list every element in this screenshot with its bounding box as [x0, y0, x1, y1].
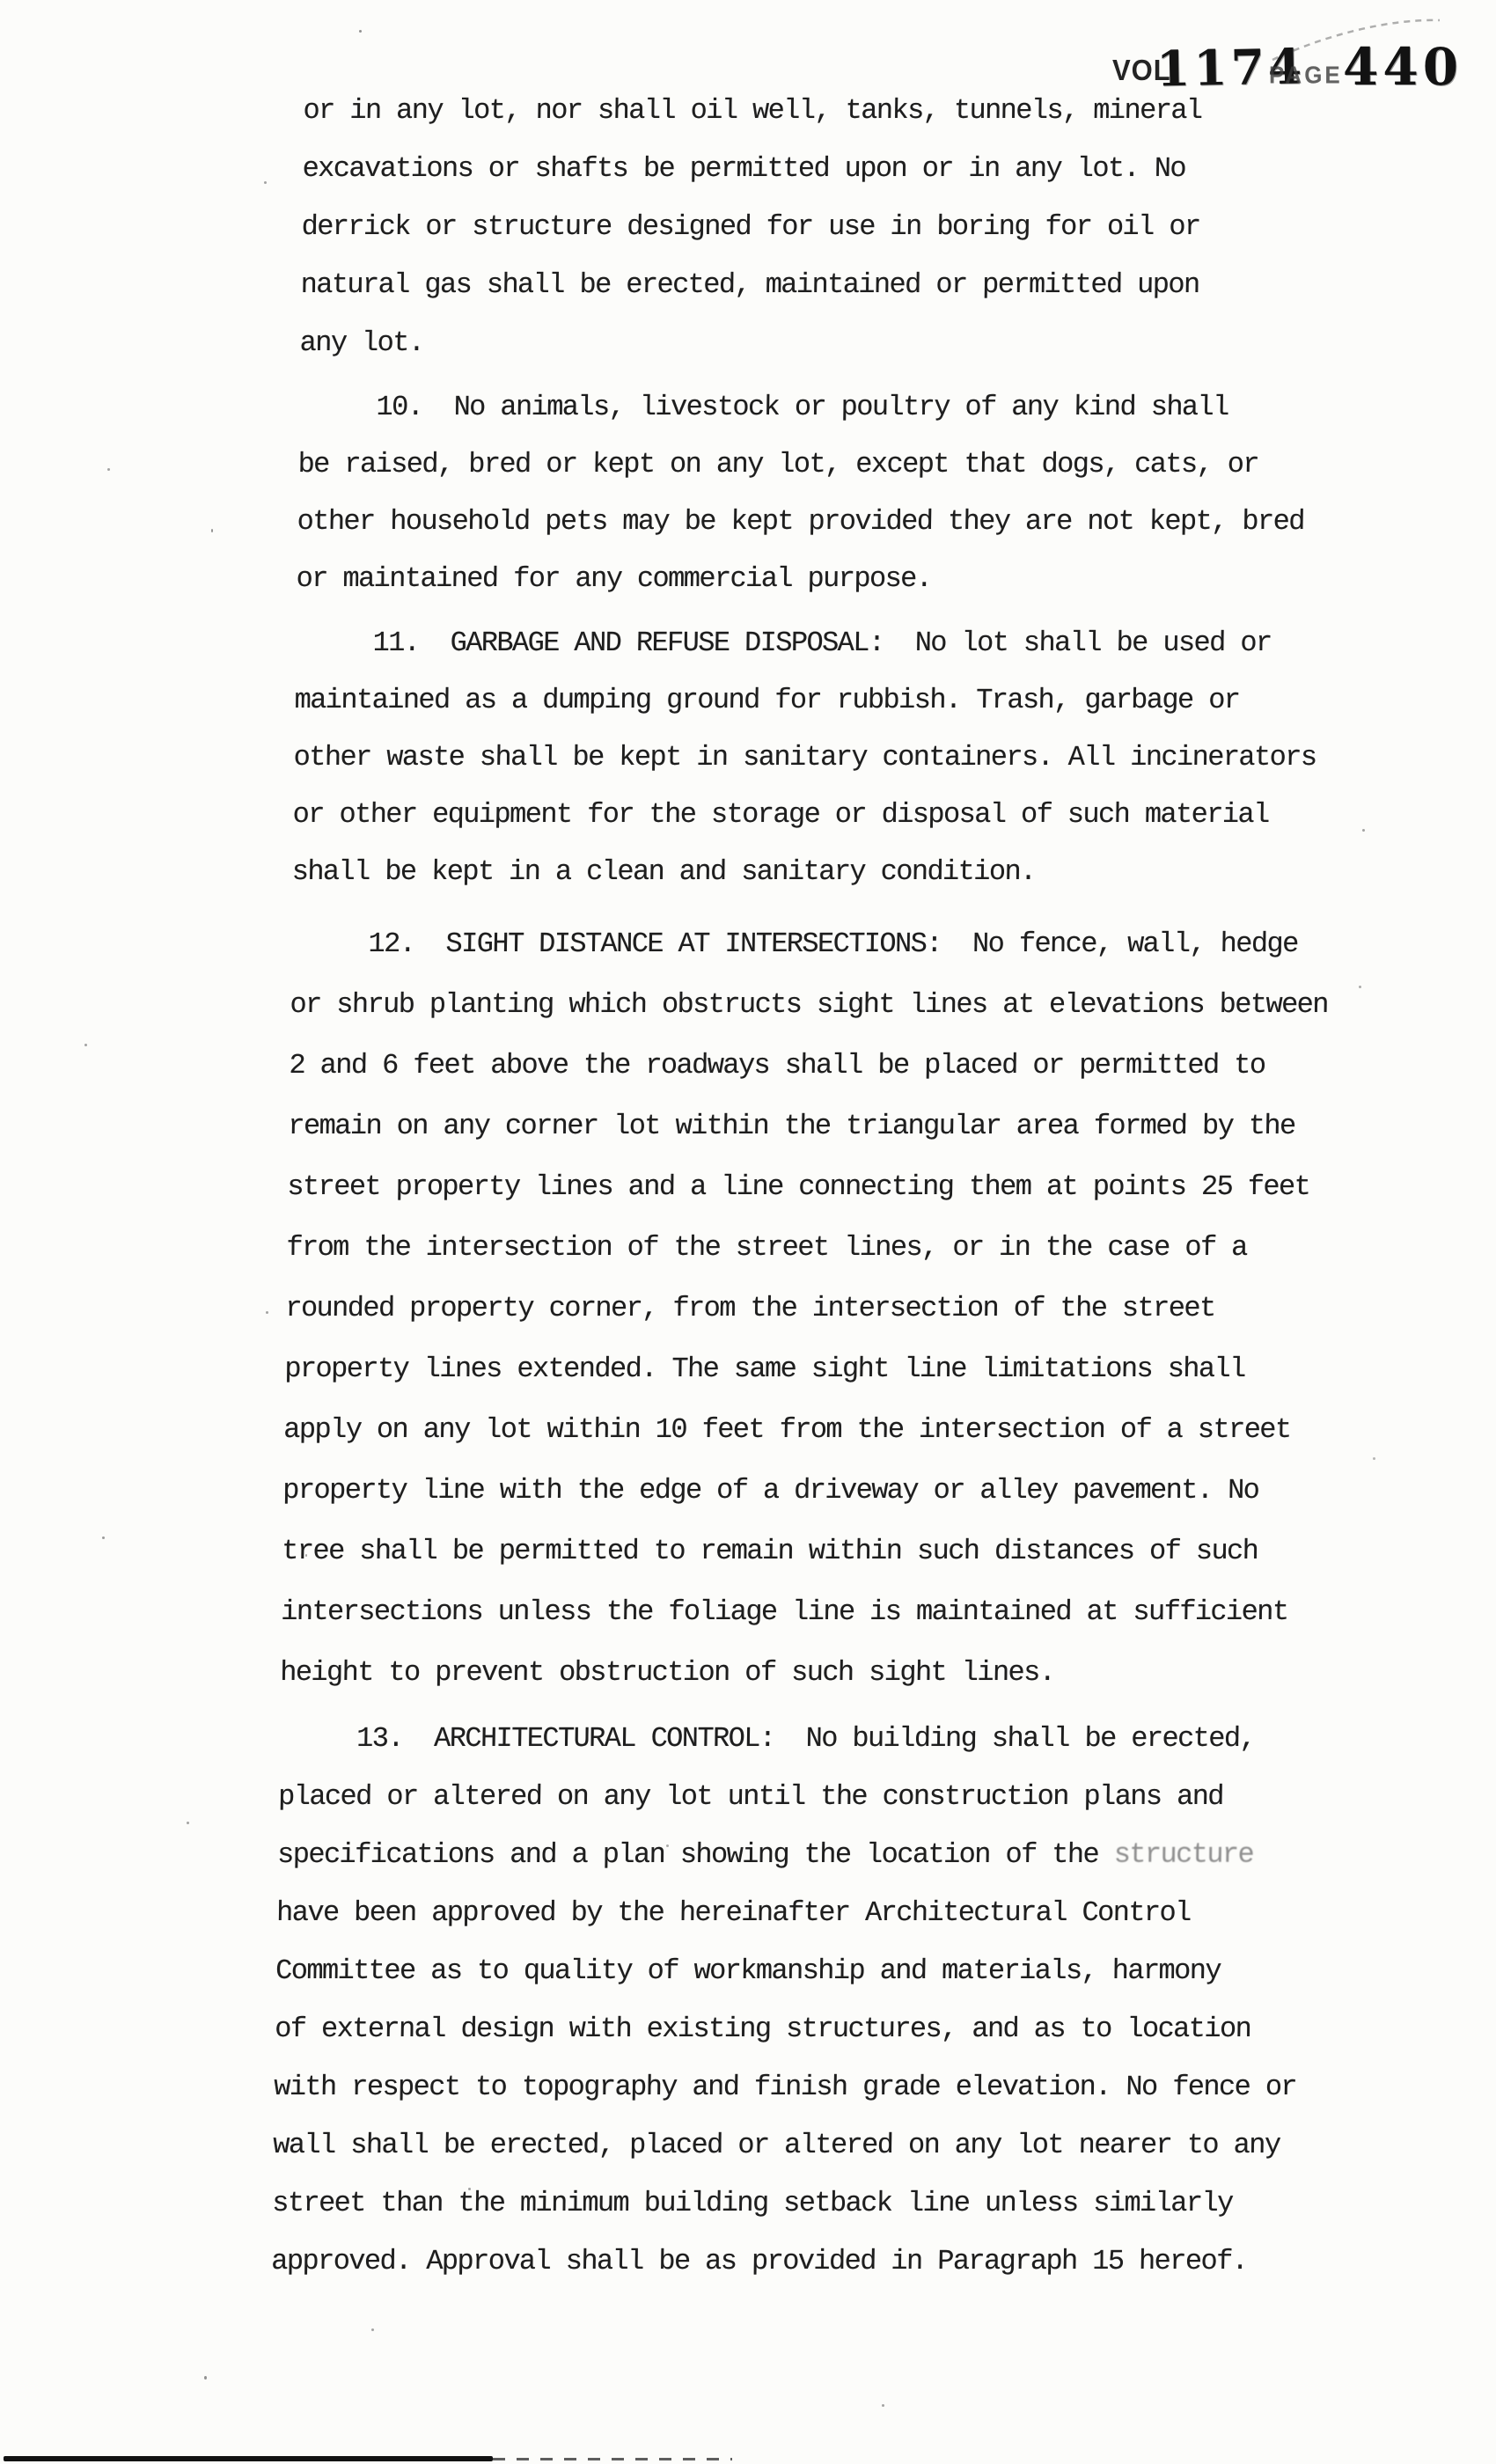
text-line: other household pets may be kept provide… — [297, 493, 1389, 550]
text-line: 11. GARBAGE AND REFUSE DISPOSAL: No lot … — [295, 614, 1387, 671]
noise-speck — [84, 1044, 87, 1046]
document-body: or in any lot, nor shall oil well, tanks… — [268, 0, 1397, 2464]
noise-speck — [305, 1554, 307, 1557]
paragraph-10-animals: 10. No animals, livestock or poultry of … — [296, 378, 1390, 607]
text-line: property line with the edge of a drivewa… — [282, 1460, 1375, 1521]
text-line: derrick or structure designed for use in… — [301, 198, 1393, 256]
text-line: shall be kept in a clean and sanitary co… — [291, 843, 1383, 900]
noise-speck — [371, 2328, 374, 2331]
text-line: with respect to topography and finish gr… — [274, 2058, 1366, 2116]
text-line: Committee as to quality of workmanship a… — [275, 1942, 1368, 2000]
text-line: from the intersection of the street line… — [286, 1217, 1378, 1278]
text-line: or in any lot, nor shall oil well, tanks… — [303, 82, 1395, 140]
noise-speck — [187, 1822, 189, 1824]
text-line: placed or altered on any lot until the c… — [278, 1768, 1370, 1826]
noise-speck — [666, 1844, 669, 1847]
text-line: intersections unless the foliage line is… — [281, 1581, 1373, 1642]
paragraph-12-sight-distance: 12. SIGHT DISTANCE AT INTERSECTIONS: No … — [280, 913, 1382, 1703]
text-line: approved. Approval shall be as provided … — [271, 2233, 1363, 2291]
text-line: have been approved by the hereinafter Ar… — [276, 1884, 1368, 1942]
text-line: 2 and 6 feet above the roadways shall be… — [289, 1035, 1381, 1096]
paragraph-13-architectural-control: 13. ARCHITECTURAL CONTROL: No building s… — [271, 1710, 1371, 2291]
text-line: street property lines and a line connect… — [287, 1156, 1379, 1217]
text-line: street than the minimum building setback… — [272, 2174, 1364, 2233]
noise-speck — [468, 2188, 471, 2190]
noise-speck — [1362, 829, 1365, 832]
text-line: wall shall be erected, placed or altered… — [273, 2116, 1365, 2174]
text-line: 10. No animals, livestock or poultry of … — [298, 378, 1390, 436]
noise-speck — [107, 468, 110, 471]
noise-speck — [1359, 986, 1361, 988]
noise-speck — [204, 2376, 207, 2380]
text-line: or other equipment for the storage or di… — [292, 786, 1384, 843]
text-line: or shrub planting which obstructs sight … — [290, 974, 1382, 1035]
text-line: 13. ARCHITECTURAL CONTROL: No building s… — [279, 1710, 1371, 1768]
scan-artifact-bar — [4, 2456, 493, 2461]
text-line: apply on any lot within 10 feet from the… — [283, 1399, 1375, 1460]
text-line: property lines extended. The same sight … — [284, 1338, 1376, 1399]
text-line: excavations or shafts be permitted upon … — [302, 140, 1394, 198]
text-line: other waste shall be kept in sanitary co… — [293, 729, 1385, 786]
text-line: be raised, bred or kept on any lot, exce… — [297, 436, 1390, 493]
noise-speck — [380, 583, 383, 585]
text-line: specifications and a plan showing the lo… — [277, 1826, 1369, 1884]
text-segment: specifications and a plan showing the lo… — [277, 1838, 1114, 1871]
text-line: rounded property corner, from the inters… — [285, 1278, 1377, 1338]
noise-speck — [211, 529, 213, 532]
faint-text-segment: structure — [1113, 1838, 1253, 1871]
noise-speck — [359, 30, 362, 33]
text-line: remain on any corner lot within the tria… — [288, 1096, 1380, 1156]
document-page: VOL 1174 PAGE 440 or in any lot, nor sha… — [0, 0, 1496, 2464]
text-line: natural gas shall be erected, maintained… — [300, 256, 1392, 314]
noise-speck — [264, 181, 267, 184]
noise-speck — [266, 1311, 268, 1314]
paragraph-11-garbage-refuse-disposal: 11. GARBAGE AND REFUSE DISPOSAL: No lot … — [291, 614, 1387, 900]
scan-artifact-bar-extension — [493, 2458, 732, 2460]
text-line: maintained as a dumping ground for rubbi… — [294, 671, 1386, 729]
text-line: height to prevent obstruction of such si… — [280, 1642, 1372, 1703]
paragraph-9-continuation: or in any lot, nor shall oil well, tanks… — [299, 82, 1395, 372]
noise-speck — [882, 2404, 884, 2407]
text-line: or maintained for any commercial purpose… — [296, 550, 1388, 607]
noise-speck — [102, 1536, 105, 1539]
noise-speck — [1373, 1457, 1375, 1460]
text-line: tree shall be permitted to remain within… — [282, 1521, 1374, 1581]
text-line: of external design with existing structu… — [275, 2000, 1367, 2058]
text-line: 12. SIGHT DISTANCE AT INTERSECTIONS: No … — [290, 913, 1382, 974]
text-line: any lot. — [299, 314, 1391, 372]
